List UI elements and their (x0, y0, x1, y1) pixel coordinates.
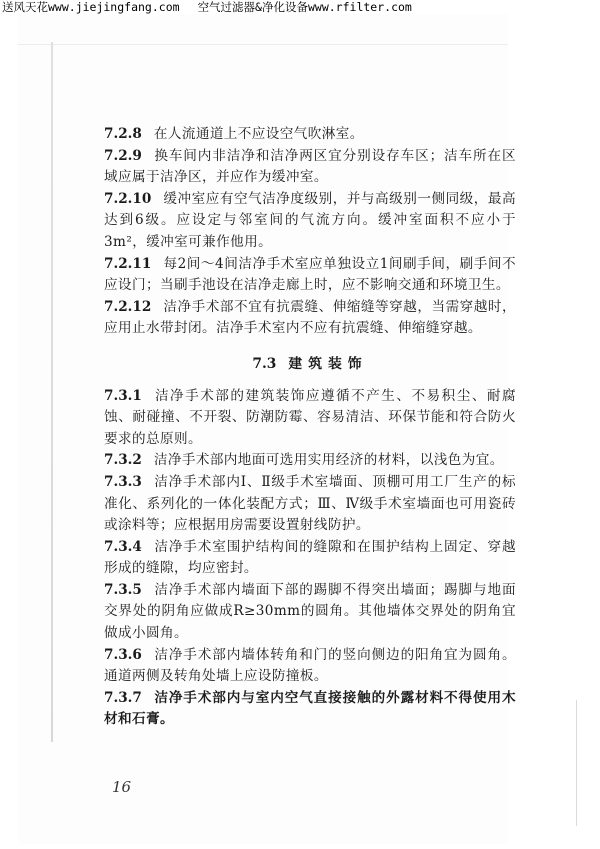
page-top-edge (18, 44, 508, 45)
section-title-text: 建筑装饰 (288, 356, 367, 372)
clause-number: 7.2.11 (104, 256, 151, 272)
clause-text: 洁净手术部内与室内空气直接接触的外露材料不得使用木材和石膏。 (104, 690, 516, 728)
clause-7-2-10: 7.2.10缓冲室应有空气洁净度级别，并与高级别一侧同级，最高达到6级。应设定与… (104, 189, 516, 254)
clause-number: 7.3.1 (104, 388, 142, 404)
clause-text: 缓冲室应有空气洁净度级别，并与高级别一侧同级，最高达到6级。应设定与邻室间的气流… (104, 191, 516, 250)
clause-number: 7.3.5 (104, 582, 142, 598)
clause-number: 7.2.10 (104, 191, 151, 207)
clause-text: 在人流通道上不应设空气吹淋室。 (154, 126, 364, 142)
banner-left-link[interactable]: 送风天花www.jiejingfang.com (2, 0, 180, 14)
clause-number: 7.3.7 (104, 690, 142, 706)
page-right-edge (576, 700, 577, 826)
clause-text: 洁净手术部的建筑装饰应遵循不产生、不易积尘、耐腐蚀、耐碰撞、不开裂、防潮防霉、容… (104, 388, 516, 447)
binding-margin-line (51, 42, 53, 742)
clause-7-2-9: 7.2.9换车间内非洁净和洁净两区宜分别设存车区；洁车所在区域应属于洁净区，并应… (104, 146, 516, 189)
clause-7-2-12: 7.2.12洁净手术部不宜有抗震缝、伸缩缝等穿越，当需穿越时，应用止水带封闭。洁… (104, 297, 516, 340)
clause-7-3-7: 7.3.7洁净手术部内与室内空气直接接触的外露材料不得使用木材和石膏。 (104, 688, 516, 731)
clause-number: 7.2.9 (104, 148, 142, 164)
clause-number: 7.3.4 (104, 539, 142, 555)
section-heading: 7.3建筑装饰 (104, 354, 516, 376)
clause-7-3-6: 7.3.6洁净手术部内墙体转角和门的竖向侧边的阳角宜为圆角。通道两侧及转角处墙上… (104, 645, 516, 688)
clause-text: 每2间～4间洁净手术室应单独设立1间刷手间，刷手间不应设门；当刷手池设在洁净走廊… (104, 256, 516, 294)
clause-7-3-1: 7.3.1洁净手术部的建筑装饰应遵循不产生、不易积尘、耐腐蚀、耐碰撞、不开裂、防… (104, 386, 516, 451)
clause-7-2-8: 7.2.8在人流通道上不应设空气吹淋室。 (104, 124, 516, 146)
clause-text: 洁净手术部内墙面下部的踢脚不得突出墙面；踢脚与地面交界处的阴角应做成R≥30mm… (104, 582, 516, 641)
clause-number: 7.3.2 (104, 452, 142, 468)
clause-number: 7.2.12 (104, 299, 151, 315)
clause-number: 7.3.6 (104, 647, 142, 663)
clause-7-2-11: 7.2.11每2间～4间洁净手术室应单独设立1间刷手间，刷手间不应设门；当刷手池… (104, 254, 516, 297)
clause-text: 洁净手术部内Ⅰ、Ⅱ级手术室墙面、顶棚可用工厂生产的标准化、系列化的一体化装配方式… (104, 474, 516, 533)
clause-text: 洁净手术部内地面可选用实用经济的材料，以浅色为宜。 (154, 452, 504, 468)
section-number: 7.3 (252, 356, 276, 372)
clause-number: 7.2.8 (104, 126, 142, 142)
clause-7-3-3: 7.3.3洁净手术部内Ⅰ、Ⅱ级手术室墙面、顶棚可用工厂生产的标准化、系列化的一体… (104, 472, 516, 537)
clause-number: 7.3.3 (104, 474, 142, 490)
clause-text: 洁净手术部不宜有抗震缝、伸缩缝等穿越，当需穿越时，应用止水带封闭。洁净手术室内不… (104, 299, 516, 337)
clause-text: 换车间内非洁净和洁净两区宜分别设存车区；洁车所在区域应属于洁净区，并应作为缓冲室… (104, 148, 516, 186)
clause-7-3-2: 7.3.2洁净手术部内地面可选用实用经济的材料，以浅色为宜。 (104, 450, 516, 472)
banner-right-link[interactable]: 空气过滤器&净化设备www.rfilter.com (198, 0, 412, 14)
clause-7-3-4: 7.3.4洁净手术室围护结构间的缝隙和在围护结构上固定、穿越形成的缝隙，均应密封… (104, 537, 516, 580)
clause-text: 洁净手术室围护结构间的缝隙和在围护结构上固定、穿越形成的缝隙，均应密封。 (104, 539, 516, 577)
document-body: 7.2.8在人流通道上不应设空气吹淋室。 7.2.9换车间内非洁净和洁净两区宜分… (104, 124, 516, 731)
page-number: 16 (112, 778, 131, 796)
clause-7-3-5: 7.3.5洁净手术部内墙面下部的踢脚不得突出墙面；踢脚与地面交界处的阴角应做成R… (104, 580, 516, 645)
clause-text: 洁净手术部内墙体转角和门的竖向侧边的阳角宜为圆角。通道两侧及转角处墙上应设防撞板… (104, 647, 516, 685)
